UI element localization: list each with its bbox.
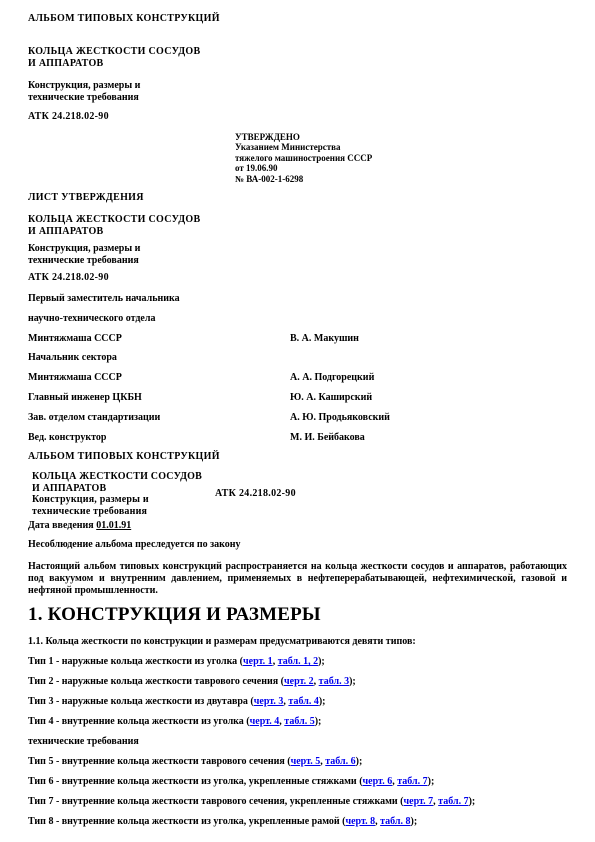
album-title: АЛЬБОМ ТИПОВЫХ КОНСТРУКЦИЙ	[28, 14, 567, 24]
text-line: технические требования	[28, 92, 567, 104]
doc-subtitle-repeat: Конструкция, размеры итехнические требов…	[28, 243, 567, 267]
signatory-row: научно-технического отдела	[28, 314, 567, 324]
signatory-role: Вед. конструктор	[28, 433, 290, 443]
signatory-row: Начальник сектора	[28, 353, 567, 363]
title-block-doc-number: АТК 24.218.02-90	[215, 489, 296, 499]
text-line: тяжелого машиностроения СССР	[235, 153, 567, 163]
text-line: И АППАРАТОВ	[32, 483, 215, 495]
signatory-row: Зав. отделом стандартизацииА. Ю. Продьяк…	[28, 413, 567, 423]
type-line-text: Тип 1 - наружные кольца жесткости из уго…	[28, 656, 243, 667]
signatory-row: Главный инженер ЦКБНЮ. А. Каширский	[28, 393, 567, 403]
text-line: Указанием Министерства	[235, 142, 567, 152]
type-line-suffix: );	[318, 656, 325, 667]
signatory-row: Первый заместитель начальника	[28, 294, 567, 304]
type-line-suffix: );	[428, 776, 435, 787]
signatory-role: Первый заместитель начальника	[28, 294, 290, 304]
type-line-text: Тип 6 - внутренние кольца жесткости из у…	[28, 776, 363, 787]
signatory-role: Зав. отделом стандартизации	[28, 413, 290, 423]
doc-title-repeat: КОЛЬЦА ЖЕСТКОСТИ СОСУДОВИ АППАРАТОВ	[28, 214, 567, 238]
signatory-name: М. И. Бейбакова	[290, 433, 365, 443]
doc-ref-link[interactable]: табл. 3	[319, 676, 349, 687]
doc-ref-link[interactable]: черт. 2	[284, 676, 314, 687]
doc-ref-link[interactable]: черт. 3	[254, 696, 284, 707]
text-line: УТВЕРЖДЕНО	[235, 132, 567, 142]
type-line-text: Тип 4 - внутренние кольца жесткости из у…	[28, 716, 250, 727]
type-line: Тип 6 - внутренние кольца жесткости из у…	[28, 777, 567, 787]
signatory-role: научно-технического отдела	[28, 314, 290, 324]
doc-ref-link[interactable]: черт. 7	[404, 796, 434, 807]
doc-ref-link[interactable]: черт. 6	[363, 776, 393, 787]
signatories-list: Первый заместитель начальниканаучно-техн…	[28, 294, 567, 443]
text-line: Конструкция, размеры и	[28, 80, 567, 92]
type-line: Тип 1 - наружные кольца жесткости из уго…	[28, 657, 567, 667]
text-line: технические требования	[28, 255, 567, 267]
text-line: КОЛЬЦА ЖЕСТКОСТИ СОСУДОВ	[28, 214, 567, 226]
doc-subtitle: Конструкция, размеры итехнические требов…	[28, 80, 567, 104]
doc-ref-link[interactable]: черт. 4	[250, 716, 280, 727]
text-line: от 19.06.90	[235, 163, 567, 173]
signatory-role: Главный инженер ЦКБН	[28, 393, 290, 403]
type-line-suffix: );	[349, 676, 356, 687]
document-page: АЛЬБОМ ТИПОВЫХ КОНСТРУКЦИЙ КОЛЬЦА ЖЕСТКО…	[0, 0, 595, 842]
doc-ref-link[interactable]: черт. 5	[291, 756, 321, 767]
type-line: технические требования	[28, 737, 567, 747]
type-line-suffix: );	[411, 816, 418, 827]
doc-ref-link[interactable]: табл. 8	[380, 816, 410, 827]
doc-ref-link[interactable]: черт. 1	[243, 656, 273, 667]
text-line: Конструкция, размеры и	[28, 243, 567, 255]
doc-number: АТК 24.218.02-90	[28, 112, 567, 122]
text-line: технические требования	[32, 506, 215, 518]
signatory-name: А. Ю. Продьяковский	[290, 413, 390, 423]
signatory-name: Ю. А. Каширский	[290, 393, 372, 403]
doc-ref-link[interactable]: табл. 4	[288, 696, 318, 707]
doc-title: КОЛЬЦА ЖЕСТКОСТИ СОСУДОВИ АППАРАТОВ	[28, 46, 567, 70]
text-line: КОЛЬЦА ЖЕСТКОСТИ СОСУДОВ	[28, 46, 567, 58]
doc-ref-link[interactable]: табл. 7	[397, 776, 427, 787]
approval-sheet-heading: ЛИСТ УТВЕРЖДЕНИЯ	[28, 193, 567, 203]
album-title-repeat: АЛЬБОМ ТИПОВЫХ КОНСТРУКЦИЙ	[28, 452, 567, 462]
type-line: Тип 5 - внутренние кольца жесткости тавр…	[28, 757, 567, 767]
type-line-suffix: );	[319, 696, 326, 707]
scope-paragraph: Настоящий альбом типовых конструкций рас…	[28, 561, 567, 597]
type-line-text: Тип 7 - внутренние кольца жесткости тавр…	[28, 796, 404, 807]
date-value: 01.01.91	[96, 520, 131, 531]
signatory-row: Минтяжмаша СССРА. А. Подгорецкий	[28, 373, 567, 383]
type-line-text: технические требования	[28, 736, 139, 747]
type-line-text: Тип 8 - внутренние кольца жесткости из у…	[28, 816, 345, 827]
doc-number-repeat: АТК 24.218.02-90	[28, 273, 567, 283]
type-line-text: Тип 3 - наружные кольца жесткости из дву…	[28, 696, 254, 707]
doc-ref-link[interactable]: табл. 1, 2	[278, 656, 318, 667]
type-line-suffix: );	[469, 796, 476, 807]
type-line-suffix: );	[356, 756, 363, 767]
signatory-name: А. А. Подгорецкий	[290, 373, 374, 383]
signatory-role: Минтяжмаша СССР	[28, 334, 290, 344]
type-line: Тип 8 - внутренние кольца жесткости из у…	[28, 817, 567, 827]
title-block: КОЛЬЦА ЖЕСТКОСТИ СОСУДОВИ АППАРАТОВКонст…	[28, 471, 567, 517]
date-label: Дата введения	[28, 520, 96, 531]
doc-ref-link[interactable]: табл. 6	[325, 756, 355, 767]
type-line: Тип 3 - наружные кольца жесткости из дву…	[28, 697, 567, 707]
text-line: Конструкция, размеры и	[32, 494, 215, 506]
doc-ref-link[interactable]: табл. 5	[284, 716, 314, 727]
law-notice: Несоблюдение альбома преследуется по зак…	[28, 540, 567, 550]
doc-ref-link[interactable]: табл. 7	[438, 796, 468, 807]
clause-1-1: 1.1. Кольца жесткости по конструкции и р…	[28, 637, 567, 647]
type-line: Тип 2 - наружные кольца жесткости тавров…	[28, 677, 567, 687]
text-line: И АППАРАТОВ	[28, 58, 567, 70]
signatory-role: Минтяжмаша СССР	[28, 373, 290, 383]
signatory-role: Начальник сектора	[28, 353, 290, 363]
approval-stamp: УТВЕРЖДЕНОУказанием Министерстватяжелого…	[235, 132, 567, 184]
type-line-suffix: );	[315, 716, 322, 727]
section-1-heading: 1. КОНСТРУКЦИЯ И РАЗМЕРЫ	[28, 604, 567, 626]
doc-ref-link[interactable]: черт. 8	[345, 816, 375, 827]
title-block-text: КОЛЬЦА ЖЕСТКОСТИ СОСУДОВИ АППАРАТОВКонст…	[28, 471, 215, 517]
date-line: Дата введения 01.01.91	[28, 521, 567, 531]
type-line-text: Тип 2 - наружные кольца жесткости тавров…	[28, 676, 284, 687]
type-line: Тип 4 - внутренние кольца жесткости из у…	[28, 717, 567, 727]
type-line-text: Тип 5 - внутренние кольца жесткости тавр…	[28, 756, 291, 767]
type-line: Тип 7 - внутренние кольца жесткости тавр…	[28, 797, 567, 807]
signatory-row: Вед. конструкторМ. И. Бейбакова	[28, 433, 567, 443]
signatory-row: Минтяжмаша СССРВ. А. Макушин	[28, 334, 567, 344]
text-line: № ВА-002-1-6298	[235, 174, 567, 184]
signatory-name: В. А. Макушин	[290, 334, 359, 344]
type-list: Тип 1 - наружные кольца жесткости из уго…	[28, 657, 567, 827]
text-line: И АППАРАТОВ	[28, 226, 567, 238]
text-line: КОЛЬЦА ЖЕСТКОСТИ СОСУДОВ	[32, 471, 215, 483]
